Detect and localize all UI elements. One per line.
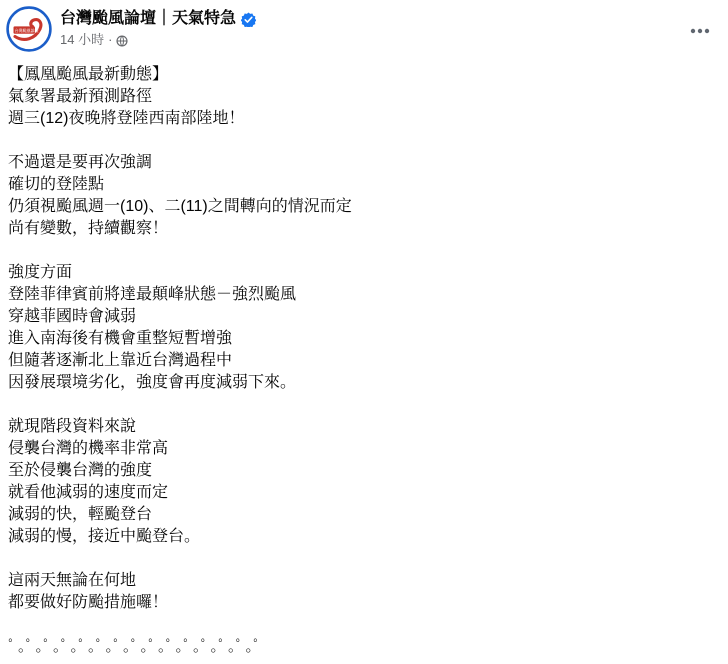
more-options-button[interactable] [684, 18, 716, 44]
meta-separator: · [108, 32, 112, 48]
post-paragraph: 不過還是要再次強調 確切的登陸點 仍須視颱風週一(10)、二(11)之間轉向的情… [8, 152, 718, 240]
post-paragraph: 就現階段資料來說 侵襲台灣的機率非常高 至於侵襲台灣的強度 就看他減弱的速度而定… [8, 416, 718, 548]
verified-badge-icon [241, 12, 256, 27]
post-text: 【鳳凰颱風最新動態】 氣象署最新預測路徑 週三(12)夜晚將登陸西南部陸地！ 不… [6, 64, 718, 658]
avatar[interactable]: 台灣颱風論壇 [6, 6, 52, 52]
ellipsis-icon [690, 28, 710, 34]
post-paragraph: 這兩天無論在何地 都要做好防颱措施囉！ [8, 570, 718, 614]
timestamp-link[interactable]: 14 小時 [60, 32, 104, 48]
avatar-logo-text: 台灣颱風論壇 [15, 27, 39, 33]
page-name-link[interactable]: 台灣颱風論壇｜天氣特急 [60, 9, 236, 29]
post-header: 台灣颱風論壇 台灣颱風論壇｜天氣特急 14 小時 · [6, 6, 718, 52]
name-row: 台灣颱風論壇｜天氣特急 [60, 9, 256, 29]
post-paragraph: 【鳳凰颱風最新動態】 氣象署最新預測路徑 週三(12)夜晚將登陸西南部陸地！ [8, 64, 718, 130]
page-logo-icon: 台灣颱風論壇 [6, 6, 52, 52]
post-meta: 14 小時 · [60, 32, 256, 48]
facebook-post: 台灣颱風論壇 台灣颱風論壇｜天氣特急 14 小時 · [0, 0, 728, 658]
post-paragraph: 強度方面 登陸菲律賓前將達最顛峰狀態－強烈颱風 穿越菲國時會減弱 進入南海後有機… [8, 262, 718, 394]
header-info: 台灣颱風論壇｜天氣特急 14 小時 · [60, 6, 256, 48]
decorative-circles-line: ﾟ｡ﾟ｡ﾟ｡ﾟ｡ﾟ｡ﾟ｡ﾟ｡ﾟ｡ﾟ｡ﾟ｡ﾟ｡ﾟ｡ﾟ｡ﾟ｡ﾟ [8, 636, 718, 658]
globe-public-icon [116, 35, 128, 47]
